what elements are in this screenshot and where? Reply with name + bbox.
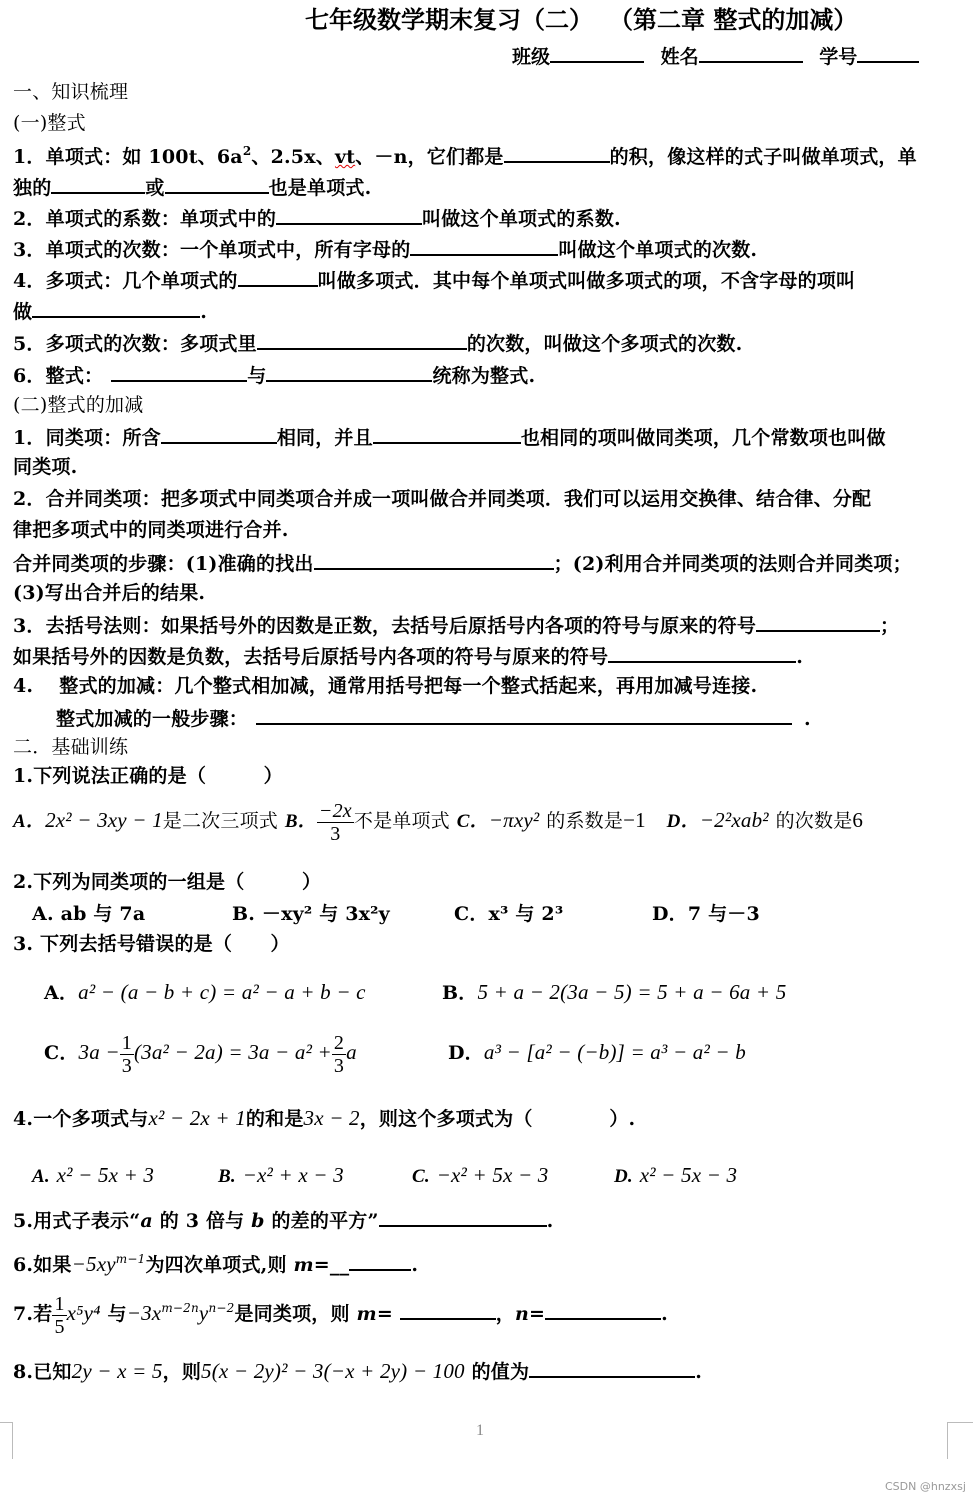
- question-3-row2: C．3a −13(3a² − 2a) = 3a − a² +23aD．a³ − …: [44, 1026, 746, 1082]
- option-a[interactable]: A. x² − 5x + 3: [32, 1163, 218, 1189]
- blank[interactable]: [111, 362, 247, 382]
- blank[interactable]: [276, 205, 422, 225]
- class-label: 班级: [512, 46, 550, 68]
- question-8: 8.已知2y − x = 5，则5(x − 2y)² − 3(−x + 2y) …: [13, 1358, 702, 1384]
- fraction: 23: [332, 1032, 346, 1077]
- id-label: 学号: [819, 46, 857, 68]
- question-3-stem: 3. 下列去括号错误的是（ ）: [13, 932, 290, 956]
- item-3: 3．单项式的次数：一个单项式中，所有字母的叫做这个单项式的次数.: [13, 236, 757, 262]
- combine-steps-line1: 合并同类项的步骤：(1)准确的找出；(2)利用合并同类项的法则合并同类项；: [13, 550, 912, 576]
- question-2-options: A. ab 与 7aB. －xy² 与 3x²yC．x³ 与 2³D．7 与－3: [32, 902, 760, 926]
- item-6: 6．整式：与统称为整式.: [13, 362, 535, 388]
- part-heading-add-subtract: (二)整式的加减: [13, 393, 143, 417]
- option-b[interactable]: B. −x² + x − 3: [218, 1163, 412, 1189]
- blank[interactable]: [257, 330, 467, 350]
- blank-m[interactable]: [400, 1300, 496, 1320]
- blank[interactable]: [51, 174, 145, 194]
- combine-line2: 律把多项式中的同类项进行合并.: [13, 518, 289, 542]
- question-5: 5.用式子表示“a 的 3 倍与 b 的差的平方”.: [13, 1207, 553, 1233]
- blank-n[interactable]: [545, 1300, 661, 1320]
- class-field[interactable]: [550, 43, 644, 63]
- blank[interactable]: [608, 643, 796, 663]
- option-d[interactable]: D. x² − 5x − 3: [614, 1165, 737, 1187]
- item-4-line2: 做.: [13, 298, 207, 324]
- blank[interactable]: [349, 1251, 411, 1271]
- brackets-rule-line2: 如果括号外的因数是负数，去括号后原括号内各项的符号与原来的符号.: [13, 643, 803, 669]
- name-field[interactable]: [699, 43, 803, 63]
- title-subtitle: （第二章 整式的加减）: [621, 6, 857, 34]
- add-subtract-line1: 4. 整式的加减：几个整式相加减，通常用括号把每一个整式括起来，再用加减号连接.: [13, 674, 757, 698]
- blank[interactable]: [373, 424, 521, 444]
- option-c[interactable]: C．x³ 与 2³: [454, 902, 652, 926]
- blank[interactable]: [504, 143, 610, 163]
- section-heading-knowledge: 一、知识梳理: [13, 80, 128, 104]
- question-4-stem: 4.一个多项式与x² − 2x + 1的和是3x − 2，则这个多项式为（ ）.: [13, 1106, 635, 1131]
- question-1-options: A．2x² − 3xy − 1是二次三项式 B．−2x3不是单项式 C．−πxy…: [13, 798, 863, 842]
- blank[interactable]: [32, 298, 200, 318]
- watermark: CSDN @hnzxsj: [885, 1480, 966, 1493]
- question-6: 6.如果−5xym−1为四次单项式,则 m=__.: [13, 1251, 418, 1277]
- blank[interactable]: [165, 174, 269, 194]
- section-heading-practice: 二．基础训练: [13, 735, 128, 759]
- question-1-stem: 1.下列说法正确的是（ ）: [13, 764, 283, 788]
- blank[interactable]: [256, 705, 792, 725]
- add-subtract-line2: 整式加减的一般步骤：.: [56, 705, 811, 731]
- student-info: 班级 姓名 学号: [512, 42, 919, 69]
- question-4-options: A. x² − 5x + 3B. −x² + x − 3C. −x² + 5x …: [32, 1163, 737, 1189]
- like-terms-line1: 1．同类项：所含相同，并且也相同的项叫做同类项，几个常数项也叫做: [13, 424, 886, 450]
- blank[interactable]: [756, 612, 880, 632]
- blank[interactable]: [161, 424, 277, 444]
- page-corner-mark-right: [947, 1422, 973, 1459]
- blank[interactable]: [266, 362, 432, 382]
- item-1-line2: 独的或也是单项式.: [13, 174, 371, 200]
- option-c[interactable]: C. −x² + 5x − 3: [412, 1163, 614, 1189]
- question-7: 7.若15x⁵y⁴ 与−3xm−2nyn−2是同类项，则 m= ，n=.: [13, 1288, 668, 1342]
- combine-line1: 2．合并同类项：把多项式中同类项合并成一项叫做合并同类项．我们可以运用交换律、结…: [13, 487, 871, 511]
- fraction: 13: [120, 1032, 134, 1077]
- item-2: 2．单项式的系数：单项式中的叫做这个单项式的系数.: [13, 205, 621, 231]
- fraction: −2x3: [317, 800, 354, 845]
- brackets-rule-line1: 3．去括号法则：如果括号外的因数是正数，去括号后原括号内各项的符号与原来的符号；: [13, 612, 899, 638]
- name-label: 姓名: [661, 46, 699, 68]
- page-number: 1: [476, 1422, 484, 1440]
- question-3-row1: A．a² − (a − b + c) = a² − a + b − cB．5 +…: [44, 980, 786, 1005]
- item-5: 5．多项式的次数：多项式里的次数，叫做这个多项式的次数.: [13, 330, 742, 356]
- page-corner-mark-left: [0, 1422, 13, 1459]
- blank[interactable]: [314, 550, 554, 570]
- blank[interactable]: [410, 236, 558, 256]
- question-2-stem: 2.下列为同类项的一组是（ ）: [13, 870, 321, 894]
- like-terms-line2: 同类项.: [13, 455, 77, 479]
- document-page: 七年级数学期末复习（二）（第二章 整式的加减） 班级 姓名 学号 一、知识梳理 …: [0, 0, 973, 1506]
- part-heading-polynomials: (一)整式: [13, 111, 86, 135]
- blank[interactable]: [529, 1358, 695, 1378]
- option-d[interactable]: D．7 与－3: [652, 903, 760, 925]
- option-b[interactable]: B. －xy² 与 3x²y: [232, 902, 454, 926]
- id-field[interactable]: [857, 43, 919, 63]
- combine-steps-line2: (3)写出合并后的结果.: [13, 581, 205, 605]
- item-4-line1: 4．多项式：几个单项式的叫做多项式．其中每个单项式叫做多项式的项，不含字母的项叫: [13, 267, 855, 293]
- title-main: 七年级数学期末复习（二）: [305, 6, 593, 34]
- item-1-line1: 1．单项式：如 100t、6a2、2.5x、vt、－n，它们都是的积，像这样的式…: [13, 143, 917, 169]
- option-a[interactable]: A. ab 与 7a: [32, 902, 232, 926]
- blank[interactable]: [379, 1207, 547, 1227]
- spellcheck-word: vt: [335, 146, 355, 168]
- blank[interactable]: [238, 267, 318, 287]
- fraction: 15: [52, 1293, 66, 1338]
- page-title: 七年级数学期末复习（二）（第二章 整式的加减）: [305, 0, 857, 35]
